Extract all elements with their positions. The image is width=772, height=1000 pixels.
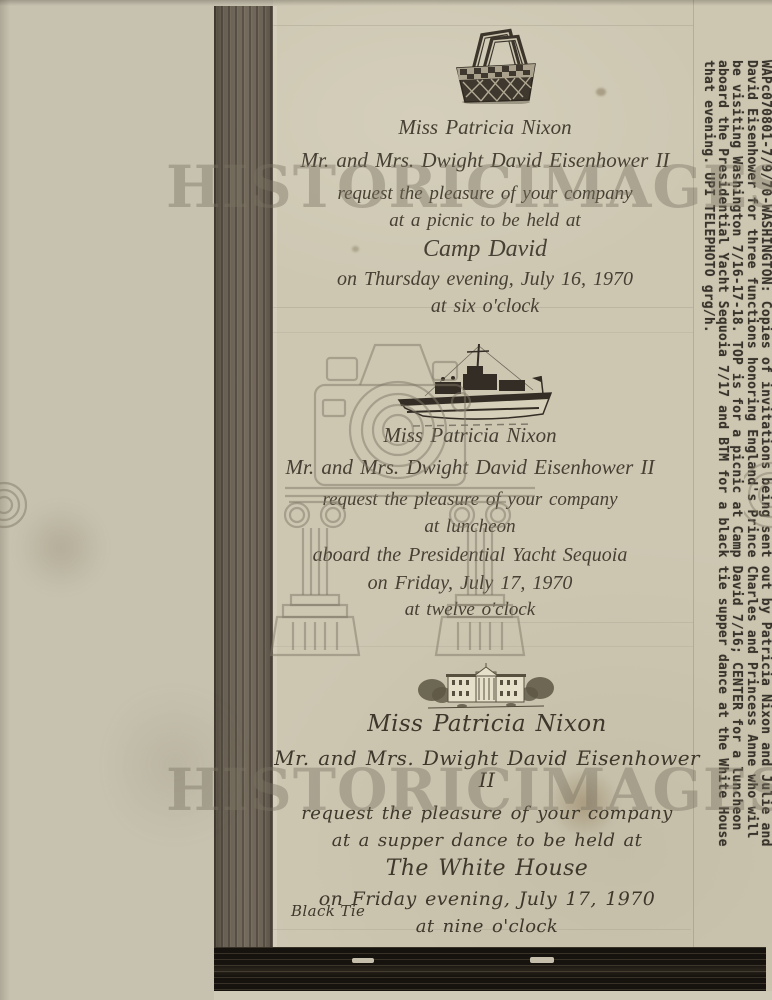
caption-line: aboard the Presidential Yacht Sequoia 7/… (715, 60, 729, 910)
film-scratch (530, 957, 554, 963)
card-edge-line (273, 929, 691, 930)
invitation-card-luncheon: Miss Patricia Nixon Mr. and Mrs. Dwight … (270, 424, 670, 621)
upi-caption: WAPc070801-7/9/70-WASHINGTON: Copies of … (700, 60, 772, 910)
film-strip (214, 947, 766, 991)
card-edge-line (273, 307, 693, 308)
invitation-line: Mr. and Mrs. Dwight David Eisenhower II (270, 456, 670, 480)
top-edge-shadow (0, 0, 772, 6)
invitation-line: The White House (267, 857, 707, 882)
vertical-crease (693, 0, 694, 947)
caption-line: that evening. UPI TELEPHOTO grg/h. (701, 60, 715, 910)
invitation-line: on Friday, July 17, 1970 (270, 572, 670, 594)
invitation-line: request the pleasure of your company (285, 183, 685, 204)
caption-line: WAPc070801-7/9/70-WASHINGTON: Copies of … (758, 60, 772, 910)
yacht-sequoia-icon (383, 338, 573, 438)
stain (16, 500, 106, 595)
invitation-line: request the pleasure of your company (267, 804, 707, 824)
foxing-speck (352, 246, 359, 252)
invitation-card-picnic: Miss Patricia Nixon Mr. and Mrs. Dwight … (285, 116, 685, 317)
invitation-line: on Thursday evening, July 16, 1970 (285, 268, 685, 290)
left-edge-shadow (0, 0, 10, 1000)
invitation-line: Miss Patricia Nixon (267, 712, 707, 738)
watermark-scroll-left (0, 470, 36, 540)
watermark-text: HISTORICIMAGES (166, 153, 772, 221)
invitation-line: aboard the Presidential Yacht Sequoia (270, 544, 670, 566)
card-edge-line (273, 332, 693, 333)
invitation-line: on Friday evening, July 17, 1970 (267, 889, 707, 910)
wood-strip-edge (273, 6, 277, 947)
press-photo: Miss Patricia Nixon Mr. and Mrs. Dwight … (0, 0, 772, 1000)
watermark-text: HISTORICIMAGES (166, 756, 772, 824)
invitation-line: Miss Patricia Nixon (285, 116, 685, 140)
caption-line: be visiting Washington 7/16-17-18. TOP i… (729, 60, 743, 910)
invitation-line: Miss Patricia Nixon (270, 424, 670, 448)
invitation-line: at twelve o'clock (270, 599, 670, 620)
card-edge-line (273, 25, 693, 26)
black-tie-note: Black Tie (291, 902, 365, 920)
card-edge-line (273, 646, 693, 647)
invitation-line: at luncheon (270, 516, 670, 537)
caption-line: David Eisenhower for three functions hon… (743, 60, 757, 910)
watermark-camera-emblem (265, 310, 555, 665)
white-house-icon (410, 660, 562, 718)
card-edge-line (460, 622, 693, 623)
invitation-line: Mr. and Mrs. Dwight David Eisenhower II (267, 747, 707, 792)
film-scratch (352, 958, 374, 963)
stain (548, 768, 620, 838)
photo-paper (273, 0, 772, 1000)
invitation-line: at nine o'clock (267, 917, 707, 937)
wood-strip (214, 6, 273, 947)
invitation-line: Camp David (285, 236, 685, 263)
board-bottom-edge (214, 991, 772, 1000)
picnic-basket-icon (443, 24, 547, 104)
invitation-line: request the pleasure of your company (270, 489, 670, 510)
invitation-card-supper-dance: Miss Patricia Nixon Mr. and Mrs. Dwight … (267, 712, 707, 937)
invitation-line: at a supper dance to be held at (267, 831, 707, 851)
invitation-line: at six o'clock (285, 295, 685, 317)
foxing-speck (596, 88, 606, 96)
invitation-line: Mr. and Mrs. Dwight David Eisenhower II (285, 149, 685, 173)
watermark-scroll-right (744, 450, 772, 540)
invitation-line: at a picnic to be held at (285, 210, 685, 231)
stain (110, 680, 240, 850)
